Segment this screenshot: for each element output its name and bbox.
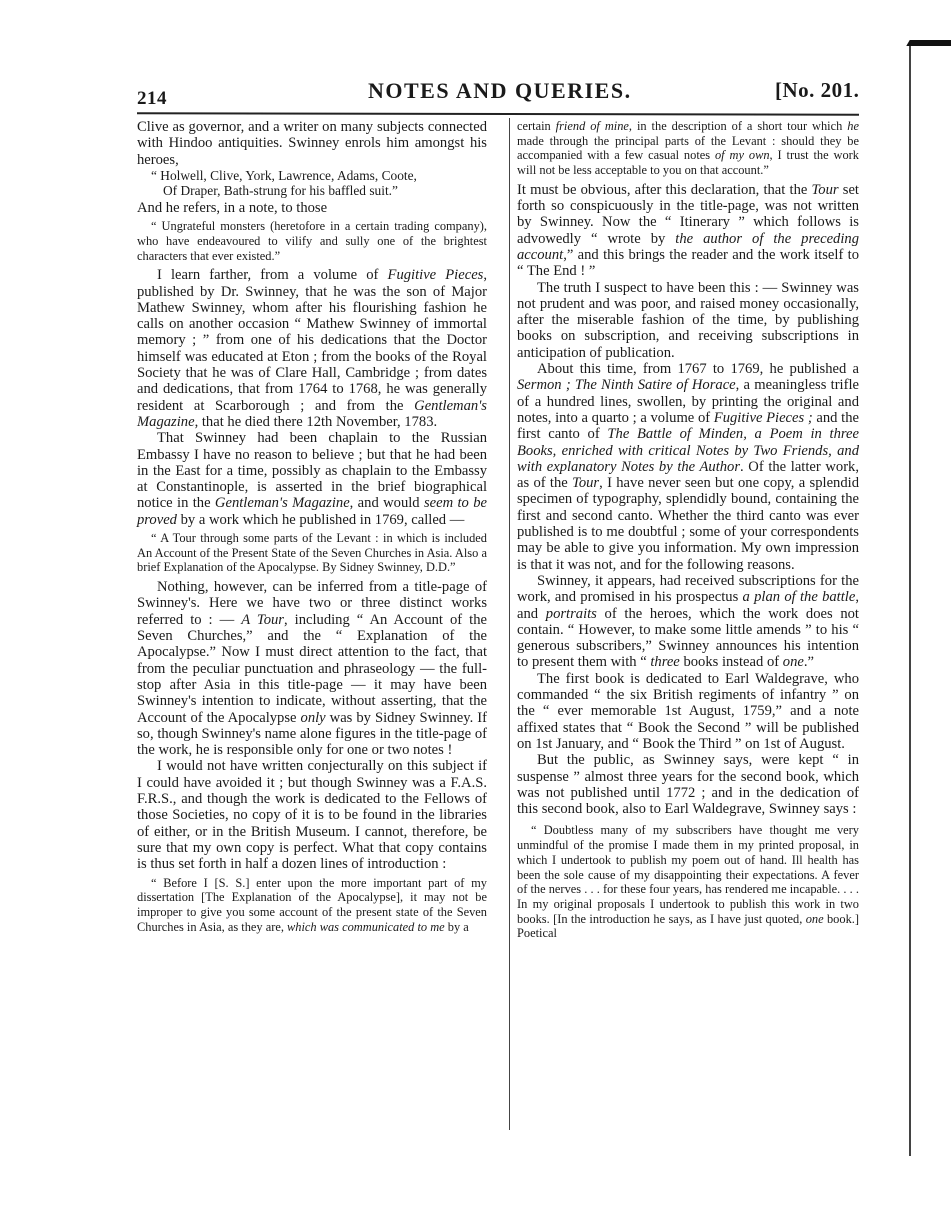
paragraph: About this time, from 1767 to 1769, he p… (517, 361, 859, 573)
journal-title: NOTES AND QUERIES. (368, 78, 632, 104)
verse-quote: “ Holwell, Clive, York, Lawrence, Adams,… (137, 168, 487, 198)
issue-number: [No. 201. (775, 78, 859, 103)
paragraph: The truth I suspect to have been this : … (517, 280, 859, 361)
paragraph: I would not have written conjecturally o… (137, 758, 487, 872)
paragraph: I learn farther, from a volume of Fugiti… (137, 267, 487, 430)
column-divider (509, 118, 510, 1130)
paragraph: And he refers, in a note, to those (137, 200, 487, 216)
paragraph: But the public, as Swinney says, were ke… (517, 752, 859, 817)
right-column: certain friend of mine, in the descripti… (517, 119, 859, 945)
block-quote: “ A Tour through some parts of the Levan… (137, 531, 487, 575)
left-column: Clive as governor, and a writer on many … (137, 119, 487, 938)
paragraph: Clive as governor, and a writer on many … (137, 119, 487, 168)
scan-edge-mark (906, 40, 951, 46)
paragraph: Swinney, it appears, had received subscr… (517, 573, 859, 671)
block-quote: “ Before I [S. S.] enter upon the more i… (137, 876, 487, 935)
paragraph: The first book is dedicated to Earl Wald… (517, 671, 859, 752)
scan-page-edge (909, 46, 911, 1156)
paragraph: It must be obvious, after this declarati… (517, 182, 859, 280)
verse-line: “ Holwell, Clive, York, Lawrence, Adams,… (151, 168, 417, 183)
block-quote: “ Ungrateful monsters (heretofore in a c… (137, 219, 487, 263)
header-rule (137, 112, 859, 116)
block-quote-continued: certain friend of mine, in the descripti… (517, 119, 859, 178)
paragraph: That Swinney had been chaplain to the Ru… (137, 430, 487, 528)
paragraph: Nothing, however, can be inferred from a… (137, 579, 487, 758)
block-quote: “ Doubtless many of my subscribers have … (517, 823, 859, 941)
verse-line: Of Draper, Bath-strung for his baffled s… (151, 183, 487, 198)
page-number: 214 (137, 88, 167, 110)
